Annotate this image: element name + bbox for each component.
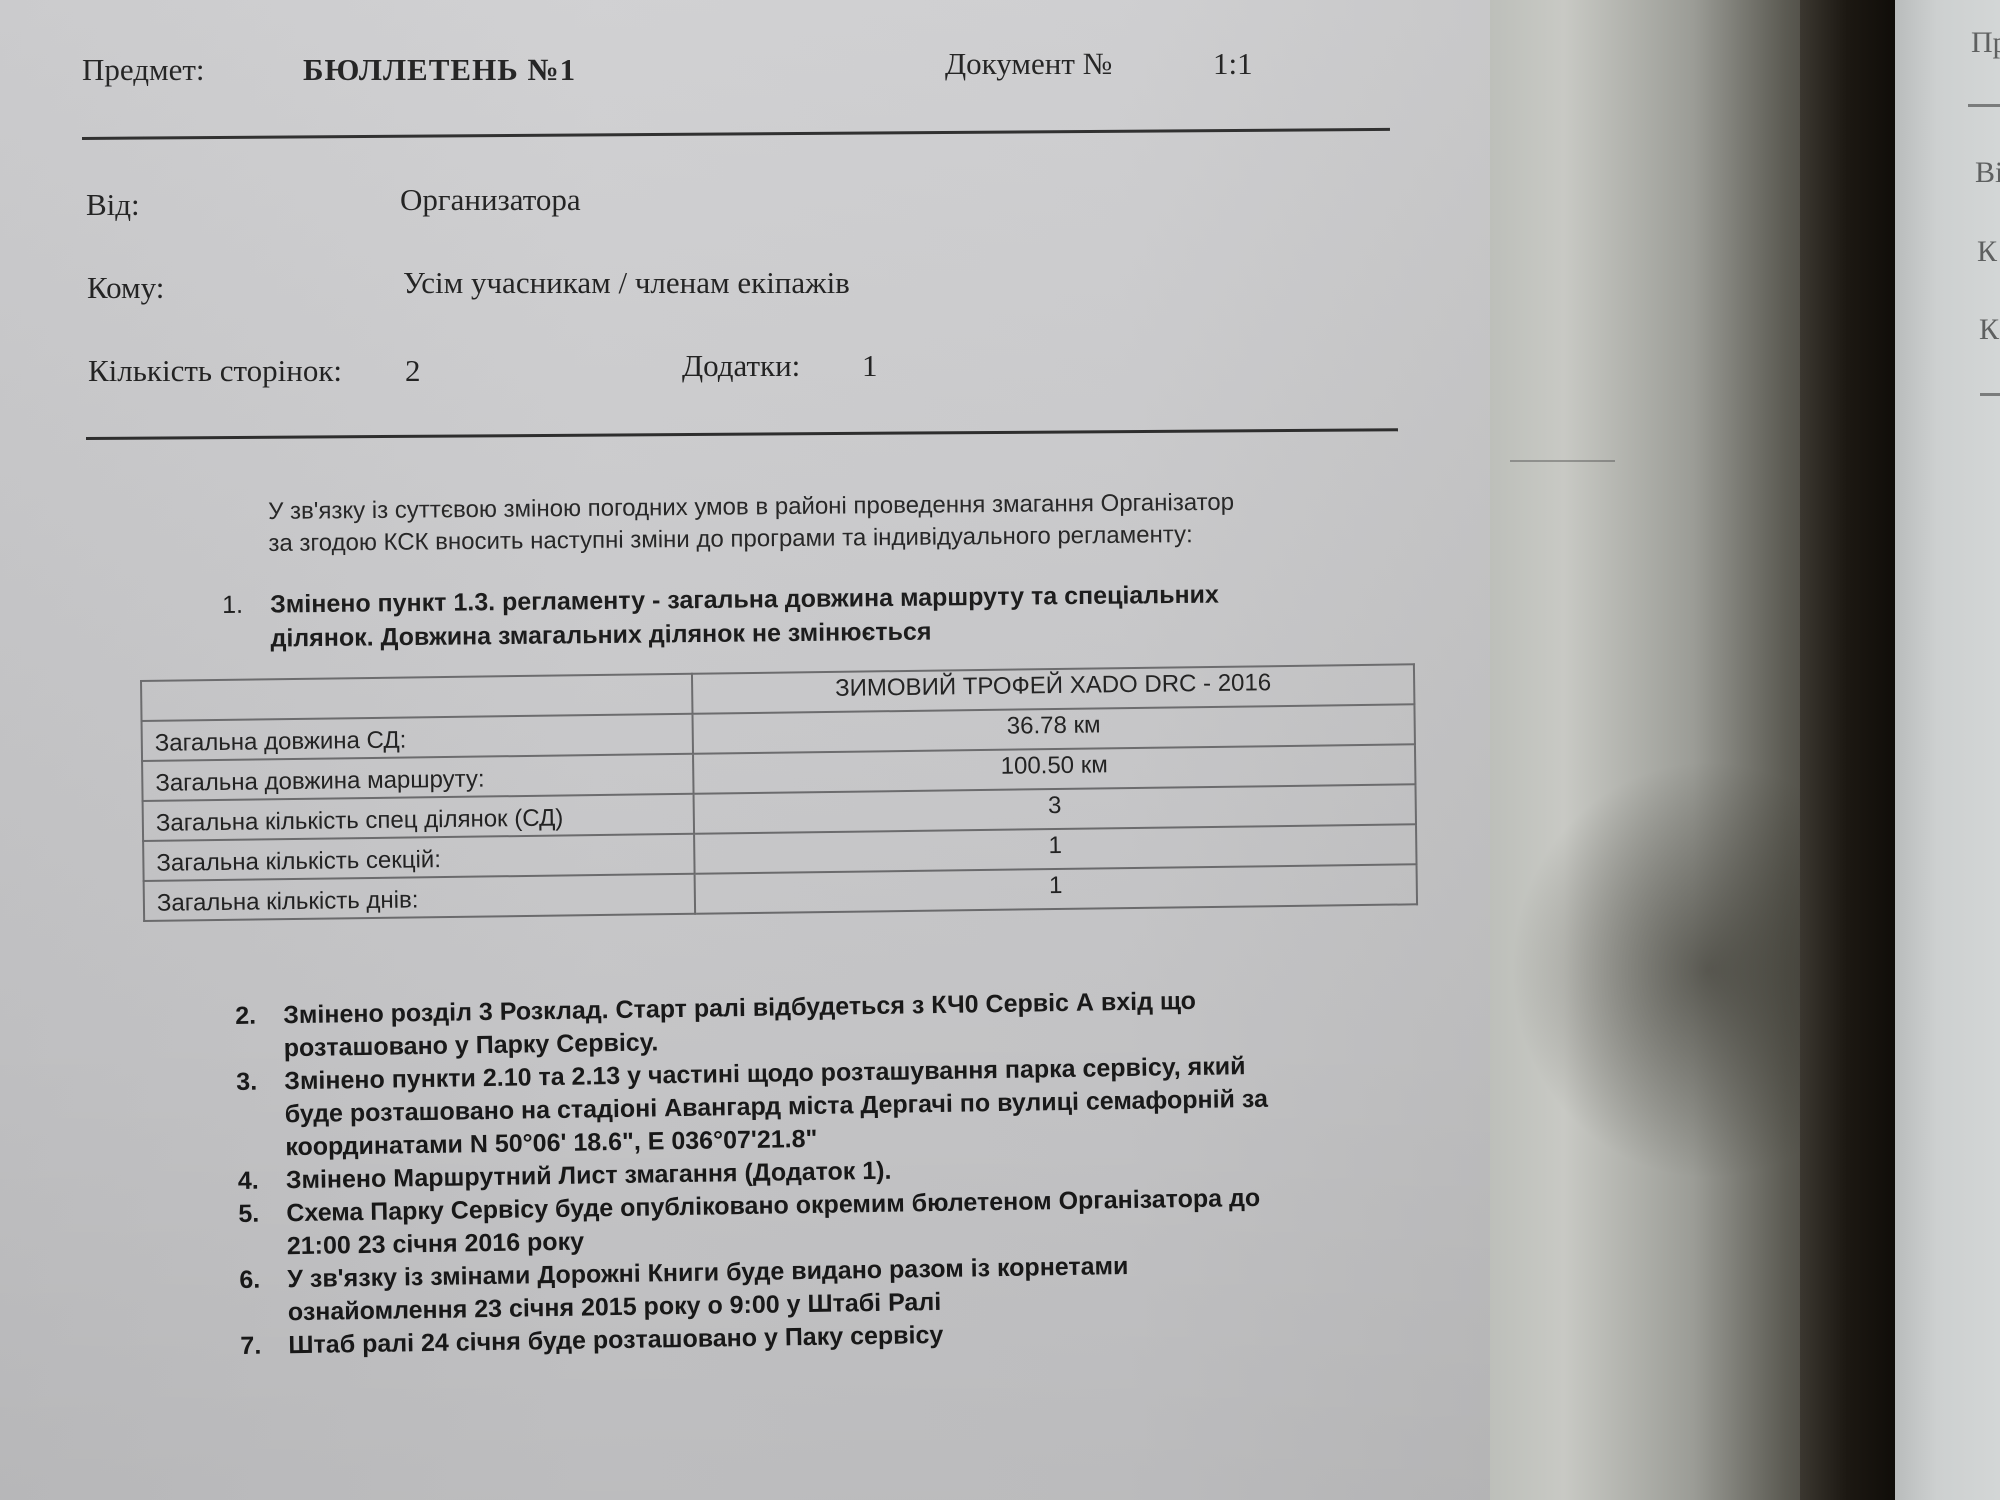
changes-list: 2.Змінено розділ 3 Розклад. Старт ралі в… — [235, 984, 1272, 1363]
document-number-label: Документ № — [945, 46, 1112, 82]
list-item-text: ділянок. Довжина змагальних ділянок не з… — [270, 618, 931, 653]
page-count-value: 2 — [405, 353, 421, 389]
list-item-number: 4. — [238, 1164, 287, 1198]
list-item-number: 2. — [235, 999, 284, 1033]
list-item-number: 1. — [222, 587, 270, 622]
table-row-value: 1 — [695, 864, 1417, 913]
subject-label: Предмет: — [82, 52, 205, 88]
header-divider-top — [82, 128, 1390, 140]
route-stats-table: ЗИМОВИЙ ТРОФЕЙ XADO DRC - 2016 Загальна … — [140, 663, 1418, 922]
partial-text: К — [1979, 313, 1999, 347]
list-item-number: 6. — [239, 1263, 288, 1297]
partial-rule — [1968, 104, 2000, 107]
list-item-text: Штаб ралі 24 січня буде розташовано у Па… — [288, 1321, 943, 1359]
partial-text: Пр — [1971, 26, 2000, 60]
bulletin-title: БЮЛЛЕТЕНЬ №1 — [303, 52, 576, 88]
list-item-text: Змінено розділ 3 Розклад. Старт ралі від… — [283, 987, 1196, 1029]
table-row-label: Загальна кількість днів: — [144, 874, 695, 921]
list-item-number: 5. — [238, 1197, 287, 1231]
document-number-value: 1:1 — [1213, 46, 1253, 82]
to-value: Усім учасникам / членам екіпажів — [403, 265, 850, 301]
list-item-text: координатами N 50°06' 18.6", E 036°07'21… — [285, 1125, 817, 1161]
bulletin-page: Предмет: БЮЛЛЕТЕНЬ №1 Документ № 1:1 Від… — [0, 0, 1490, 1500]
list-item-text: 21:00 23 січня 2016 року — [287, 1228, 585, 1261]
faint-line-mark — [1510, 460, 1615, 462]
header-divider-bottom — [86, 428, 1398, 440]
partial-text: Ві — [1975, 156, 2000, 190]
from-value: Организатора — [400, 182, 581, 218]
list-item: 1.Змінено пункт 1.3. регламенту - загаль… — [222, 578, 1219, 656]
list-item: 3.Змінено пункти 2.10 та 2.13 у частині … — [236, 1050, 1269, 1165]
intro-paragraph: У зв'язку із суттєвою зміною погодних ум… — [268, 487, 1234, 560]
partial-rule — [1980, 393, 2000, 396]
binder-spine — [1800, 0, 1895, 1500]
from-label: Від: — [86, 187, 140, 223]
list-item-number: 3. — [236, 1065, 285, 1099]
to-label: Кому: — [87, 270, 164, 306]
attachments-value: 1 — [862, 348, 878, 384]
list-item-text: Змінено пункт 1.3. регламенту - загальна… — [270, 581, 1219, 619]
list-item-number: 7. — [240, 1329, 289, 1363]
partial-text: К — [1977, 235, 1997, 269]
list-item-text: розташовано у Парку Сервісу. — [284, 1028, 659, 1062]
page-count-label: Кількість сторінок: — [88, 353, 342, 389]
attachments-label: Додатки: — [682, 348, 800, 384]
next-page-partial: Пр Ві К К — [1895, 0, 2000, 1500]
